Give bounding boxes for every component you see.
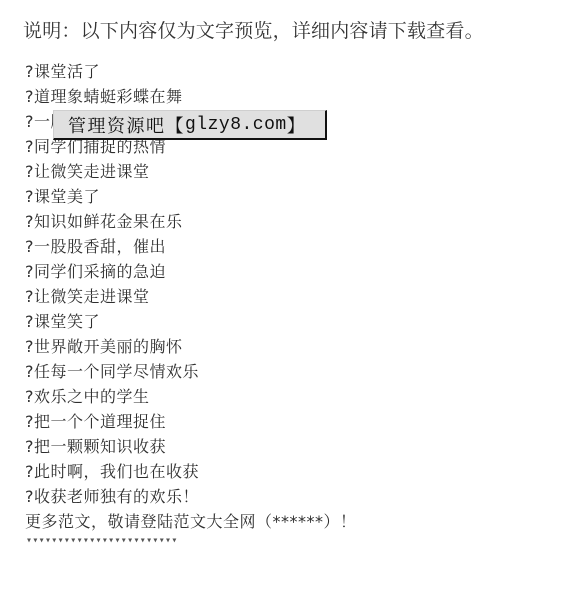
watermark-close-bracket: 】 xyxy=(287,112,307,138)
dotted-separator: ▾▾▾▾▾▾▾▾▾▾▾▾▾▾▾▾▾▾▾▾▾▾▾▾ xyxy=(26,536,178,546)
poem-line: ?知识如鲜花金果在乐 xyxy=(25,209,357,234)
poem-line: ?同学们采摘的急迫 xyxy=(25,259,357,284)
watermark-banner: 管理资源吧 【 glzy8.com 】 xyxy=(53,110,327,140)
watermark-site: glzy8.com xyxy=(185,115,287,135)
poem-line: ?把一个个道理捉住 xyxy=(25,409,357,434)
poem-line: ?把一颗颗知识收获 xyxy=(25,434,357,459)
poem-line: ?道理象蜻蜓彩蝶在舞 xyxy=(25,84,357,109)
poem-line: ?课堂美了 xyxy=(25,184,357,209)
poem-line: ?任每一个同学尽情欢乐 xyxy=(25,359,357,384)
poem-line: ?让微笑走进课堂 xyxy=(25,284,357,309)
poem-line: ?一股股香甜，催出 xyxy=(25,234,357,259)
poem-line: ?世界敞开美丽的胸怀 xyxy=(25,334,357,359)
poem-line: ?课堂活了 xyxy=(25,59,357,84)
poem-line: ?欢乐之中的学生 xyxy=(25,384,357,409)
poem-line: ?收获老师独有的欢乐！ xyxy=(25,484,357,509)
watermark-brand: 管理资源吧 xyxy=(68,112,166,138)
poem-line: ?此时啊，我们也在收获 xyxy=(25,459,357,484)
preview-notice: 说明：以下内容仅为文字预览，详细内容请下载查看。 xyxy=(23,18,484,44)
footer-promo-line: 更多范文，敬请登陆范文大全网（******）！ xyxy=(25,509,357,534)
poem-line: ?课堂笑了 xyxy=(25,309,357,334)
poem-line: ?让微笑走进课堂 xyxy=(25,159,357,184)
watermark-open-bracket: 【 xyxy=(166,112,186,138)
